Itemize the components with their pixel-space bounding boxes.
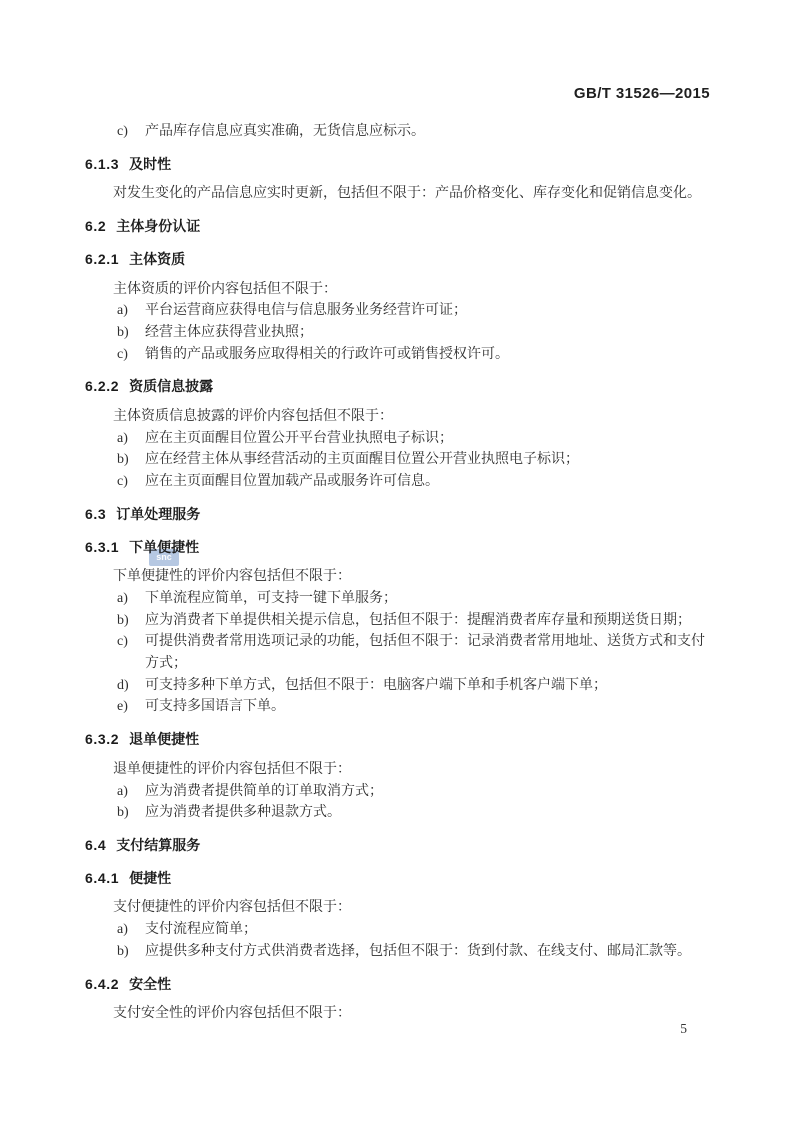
section-title: 主体资质 [129, 251, 185, 267]
section-number: 6.3.2 [85, 731, 119, 747]
document-page: GB/T 31526—2015 snc c)产品库存信息应真实准确，无货信息应标… [0, 0, 794, 1123]
page-number: 5 [680, 1021, 687, 1036]
list-item: b)应提供多种支付方式供消费者选择，包括但不限于：货到付款、在线支付、邮局汇款等… [85, 941, 710, 963]
paragraph: 对发生变化的产品信息应实时更新，包括但不限于：产品价格变化、库存变化和促销信息变… [85, 183, 710, 205]
list-item: b)应为消费者提供多种退款方式。 [85, 802, 710, 824]
list-item-text: 下单流程应简单，可支持一键下单服务； [145, 588, 710, 610]
list-item-marker: a) [117, 588, 145, 610]
page-header: GB/T 31526—2015 [85, 85, 710, 102]
paragraph: 支付安全性的评价内容包括但不限于： [85, 1003, 710, 1025]
list-item: d)可支持多种下单方式，包括但不限于：电脑客户端下单和手机客户端下单； [85, 675, 710, 697]
list-item-text: 应在主页面醒目位置公开平台营业执照电子标识； [145, 428, 710, 450]
list-item: c)应在主页面醒目位置加载产品或服务许可信息。 [85, 471, 710, 493]
section-heading: 6.2.1主体资质 [85, 249, 710, 271]
list-item-marker: a) [117, 781, 145, 803]
standard-code: GB/T 31526—2015 [574, 85, 710, 102]
list-item-text: 应为消费者提供多种退款方式。 [145, 802, 710, 824]
list-item: b)应在经营主体从事经营活动的主页面醒目位置公开营业执照电子标识； [85, 449, 710, 471]
paragraph: 支付便捷性的评价内容包括但不限于： [85, 897, 710, 919]
section-heading: 6.4支付结算服务 [85, 835, 710, 857]
section-title: 资质信息披露 [129, 378, 213, 394]
list-item: c)销售的产品或服务应取得相关的行政许可或销售授权许可。 [85, 344, 710, 366]
page-footer: 5 [680, 1021, 687, 1037]
section-number: 6.2.1 [85, 251, 119, 267]
list-item: c)产品库存信息应真实准确，无货信息应标示。 [85, 121, 710, 143]
list-item-marker: c) [117, 121, 145, 143]
list-item-marker: c) [117, 471, 145, 493]
section-heading: 6.3.2退单便捷性 [85, 729, 710, 751]
section-number: 6.3 [85, 506, 106, 522]
list-item-text: 经营主体应获得营业执照； [145, 322, 710, 344]
list-item-marker: d) [117, 675, 145, 697]
list-item-text: 产品库存信息应真实准确，无货信息应标示。 [145, 121, 710, 143]
list-item-text: 应提供多种支付方式供消费者选择，包括但不限于：货到付款、在线支付、邮局汇款等。 [145, 941, 710, 963]
list-item: a)支付流程应简单； [85, 919, 710, 941]
section-title: 退单便捷性 [129, 731, 199, 747]
list-item-text: 平台运营商应获得电信与信息服务业务经营许可证； [145, 300, 710, 322]
section-title: 及时性 [129, 156, 171, 172]
list-item-text: 可支持多国语言下单。 [145, 696, 710, 718]
list-item-marker: a) [117, 428, 145, 450]
section-number: 6.4 [85, 837, 106, 853]
list-item-marker: b) [117, 941, 145, 963]
list-item-text: 应在主页面醒目位置加载产品或服务许可信息。 [145, 471, 710, 493]
list-item-marker: b) [117, 610, 145, 632]
list-item: a)应在主页面醒目位置公开平台营业执照电子标识； [85, 428, 710, 450]
list-item-text: 销售的产品或服务应取得相关的行政许可或销售授权许可。 [145, 344, 710, 366]
document-content: c)产品库存信息应真实准确，无货信息应标示。6.1.3及时性对发生变化的产品信息… [85, 121, 710, 1025]
list-item: b)经营主体应获得营业执照； [85, 322, 710, 344]
list-item-text: 应在经营主体从事经营活动的主页面醒目位置公开营业执照电子标识； [145, 449, 710, 471]
list-item-marker: c) [117, 631, 145, 674]
list-item-marker: b) [117, 802, 145, 824]
list-item-text: 应为消费者提供简单的订单取消方式； [145, 781, 710, 803]
list-item: a)平台运营商应获得电信与信息服务业务经营许可证； [85, 300, 710, 322]
section-heading: 6.2主体身份认证 [85, 216, 710, 238]
section-number: 6.2 [85, 218, 106, 234]
section-title: 下单便捷性 [129, 539, 199, 555]
paragraph: 主体资质信息披露的评价内容包括但不限于： [85, 406, 710, 428]
list-item-marker: a) [117, 919, 145, 941]
list-item-marker: b) [117, 449, 145, 471]
list-item-text: 可提供消费者常用选项记录的功能，包括但不限于：记录消费者常用地址、送货方式和支付… [145, 631, 710, 674]
section-title: 订单处理服务 [116, 506, 200, 522]
section-number: 6.1.3 [85, 156, 119, 172]
list-item-text: 应为消费者下单提供相关提示信息，包括但不限于：提醒消费者库存量和预期送货日期； [145, 610, 710, 632]
list-item-text: 可支持多种下单方式，包括但不限于：电脑客户端下单和手机客户端下单； [145, 675, 710, 697]
paragraph: 退单便捷性的评价内容包括但不限于： [85, 759, 710, 781]
list-item-marker: a) [117, 300, 145, 322]
paragraph: 主体资质的评价内容包括但不限于： [85, 279, 710, 301]
section-title: 主体身份认证 [116, 218, 200, 234]
list-item: e)可支持多国语言下单。 [85, 696, 710, 718]
section-heading: 6.1.3及时性 [85, 154, 710, 176]
list-item-marker: b) [117, 322, 145, 344]
section-heading: 6.2.2资质信息披露 [85, 376, 710, 398]
section-heading: 6.4.2安全性 [85, 974, 710, 996]
section-number: 6.2.2 [85, 378, 119, 394]
paragraph: 下单便捷性的评价内容包括但不限于： [85, 566, 710, 588]
section-title: 安全性 [129, 976, 171, 992]
list-item: a)下单流程应简单，可支持一键下单服务； [85, 588, 710, 610]
list-item-marker: c) [117, 344, 145, 366]
list-item-text: 支付流程应简单； [145, 919, 710, 941]
list-item: c)可提供消费者常用选项记录的功能，包括但不限于：记录消费者常用地址、送货方式和… [85, 631, 710, 674]
section-number: 6.3.1 [85, 539, 119, 555]
section-number: 6.4.2 [85, 976, 119, 992]
section-heading: 6.4.1便捷性 [85, 868, 710, 890]
section-heading: 6.3.1下单便捷性 [85, 537, 710, 559]
list-item: b)应为消费者下单提供相关提示信息，包括但不限于：提醒消费者库存量和预期送货日期… [85, 610, 710, 632]
section-heading: 6.3订单处理服务 [85, 504, 710, 526]
list-item-marker: e) [117, 696, 145, 718]
section-number: 6.4.1 [85, 870, 119, 886]
list-item: a)应为消费者提供简单的订单取消方式； [85, 781, 710, 803]
section-title: 支付结算服务 [116, 837, 200, 853]
section-title: 便捷性 [129, 870, 171, 886]
